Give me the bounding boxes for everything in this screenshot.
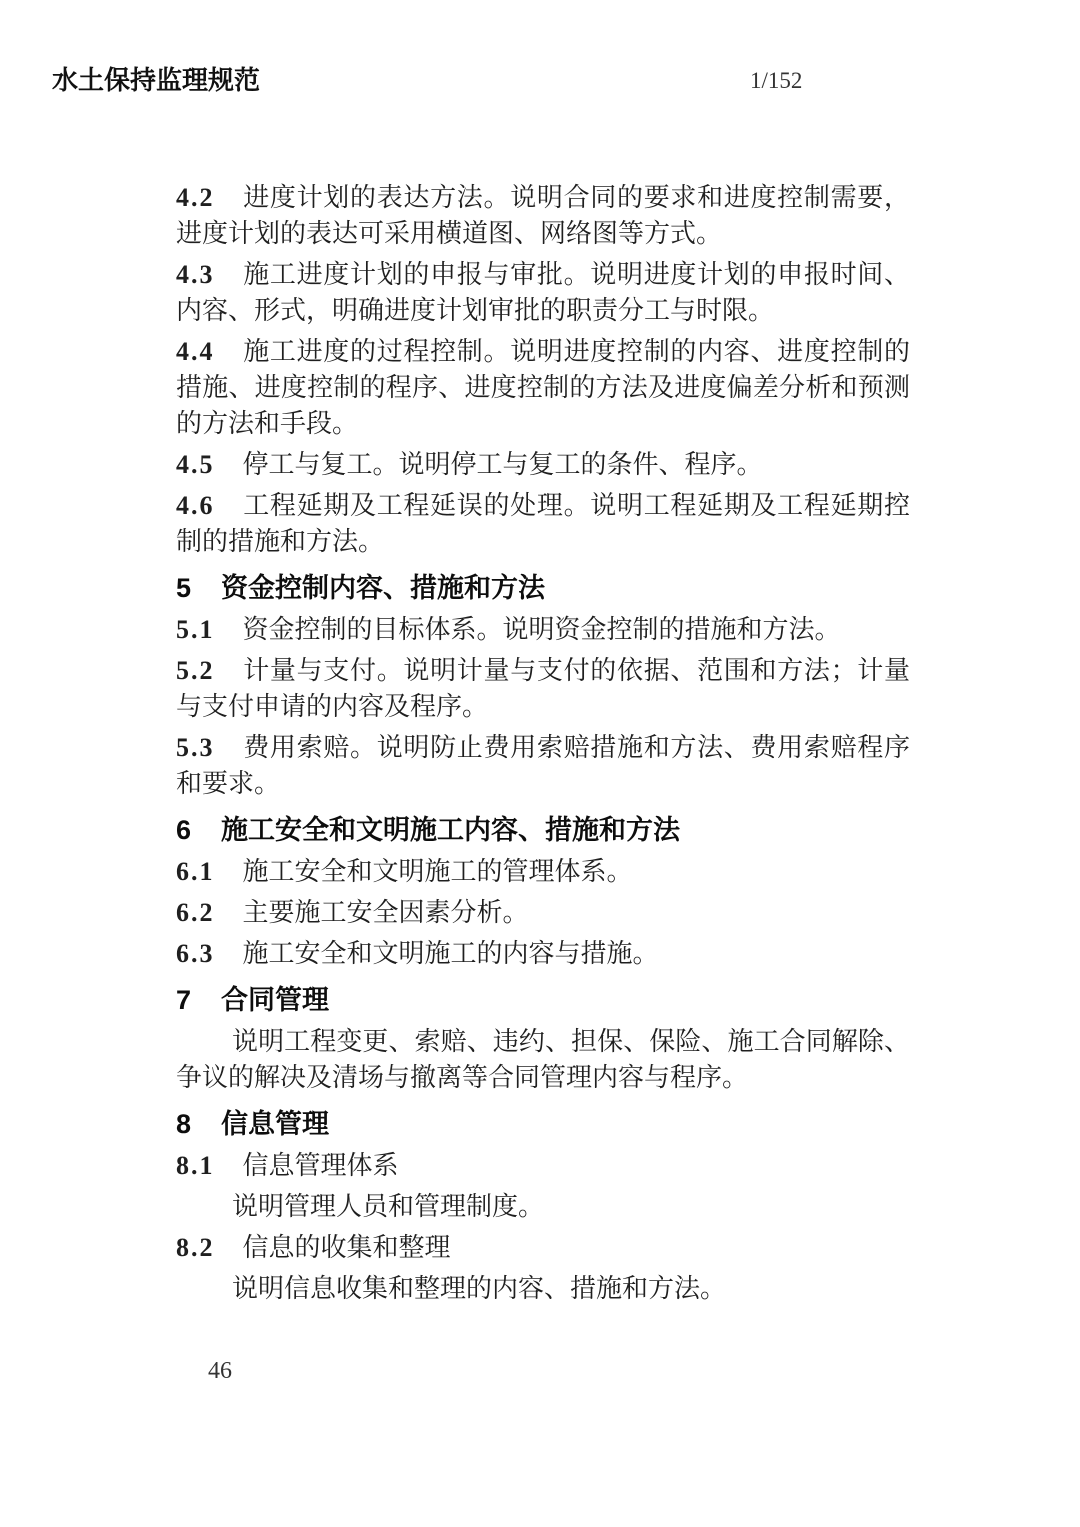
clause-number: 4.6 xyxy=(176,491,215,520)
document-title: 水土保持监理规范 xyxy=(52,60,260,97)
clause-text: 停工与复工。说明停工与复工的条件、程序。 xyxy=(243,450,763,479)
clause-number: 6.3 xyxy=(176,939,215,968)
clause-text: 施工进度计划的申报与审批。说明进度计划的申报时间、内容、形式，明确进度计划审批的… xyxy=(176,260,910,325)
heading-number: 7 xyxy=(176,985,191,1015)
clause-text: 施工安全和文明施工的内容与措施。 xyxy=(243,939,659,968)
clause-text: 计量与支付。说明计量与支付的依据、范围和方法；计量与支付申请的内容及程序。 xyxy=(176,656,910,721)
clause-text: 施工进度的过程控制。说明进度控制的内容、进度控制的措施、进度控制的程序、进度控制… xyxy=(176,337,910,438)
section-heading-6: 6施工安全和文明施工内容、措施和方法 xyxy=(176,812,910,848)
clause-number: 8.1 xyxy=(176,1151,215,1180)
clause-4-5: 4.5停工与复工。说明停工与复工的条件、程序。 xyxy=(176,447,910,483)
heading-number: 5 xyxy=(176,573,191,603)
document-body: 4.2进度计划的表达方法。说明合同的要求和进度控制需要，进度计划的表达可采用横道… xyxy=(176,180,910,1312)
heading-number: 8 xyxy=(176,1109,191,1139)
clause-5-1: 5.1资金控制的目标体系。说明资金控制的措施和方法。 xyxy=(176,612,910,648)
clause-6-2: 6.2主要施工安全因素分析。 xyxy=(176,895,910,931)
heading-text: 施工安全和文明施工内容、措施和方法 xyxy=(221,815,680,845)
clause-4-6: 4.6工程延期及工程延误的处理。说明工程延期及工程延期控制的措施和方法。 xyxy=(176,488,910,560)
section-heading-8: 8信息管理 xyxy=(176,1106,910,1142)
section-heading-5: 5资金控制内容、措施和方法 xyxy=(176,570,910,606)
clause-text: 进度计划的表达方法。说明合同的要求和进度控制需要，进度计划的表达可采用横道图、网… xyxy=(176,183,910,248)
clause-6-3: 6.3施工安全和文明施工的内容与措施。 xyxy=(176,936,910,972)
heading-number: 6 xyxy=(176,815,191,845)
clause-4-2: 4.2进度计划的表达方法。说明合同的要求和进度控制需要，进度计划的表达可采用横道… xyxy=(176,180,910,252)
clause-number: 6.2 xyxy=(176,898,215,927)
clause-text: 施工安全和文明施工的管理体系。 xyxy=(243,857,633,886)
paragraph-info-system: 说明管理人员和管理制度。 xyxy=(176,1189,910,1225)
clause-number: 8.2 xyxy=(176,1233,215,1262)
section-heading-7: 7合同管理 xyxy=(176,982,910,1018)
heading-text: 合同管理 xyxy=(221,985,329,1015)
clause-5-2: 5.2计量与支付。说明计量与支付的依据、范围和方法；计量与支付申请的内容及程序。 xyxy=(176,653,910,725)
clause-number: 4.2 xyxy=(176,183,215,212)
clause-text: 信息管理体系 xyxy=(243,1151,399,1180)
clause-4-3: 4.3施工进度计划的申报与审批。说明进度计划的申报时间、内容、形式，明确进度计划… xyxy=(176,257,910,329)
document-page: 水土保持监理规范 1/152 4.2进度计划的表达方法。说明合同的要求和进度控制… xyxy=(0,0,1080,1527)
clause-number: 5.2 xyxy=(176,656,215,685)
clause-text: 工程延期及工程延误的处理。说明工程延期及工程延期控制的措施和方法。 xyxy=(176,491,910,556)
clause-number: 5.3 xyxy=(176,733,215,762)
clause-number: 6.1 xyxy=(176,857,215,886)
clause-number: 4.4 xyxy=(176,337,215,366)
page-indicator: 1/152 xyxy=(750,68,802,94)
clause-number: 4.3 xyxy=(176,260,215,289)
paragraph-info-collection: 说明信息收集和整理的内容、措施和方法。 xyxy=(176,1271,910,1307)
clause-text: 主要施工安全因素分析。 xyxy=(243,898,529,927)
clause-text: 费用索赔。说明防止费用索赔措施和方法、费用索赔程序和要求。 xyxy=(176,733,910,798)
page-number: 46 xyxy=(208,1358,232,1385)
heading-text: 信息管理 xyxy=(221,1109,329,1139)
heading-text: 资金控制内容、措施和方法 xyxy=(221,573,545,603)
clause-number: 5.1 xyxy=(176,615,215,644)
clause-5-3: 5.3费用索赔。说明防止费用索赔措施和方法、费用索赔程序和要求。 xyxy=(176,730,910,802)
clause-4-4: 4.4施工进度的过程控制。说明进度控制的内容、进度控制的措施、进度控制的程序、进… xyxy=(176,334,910,442)
paragraph-contract-management: 说明工程变更、索赔、违约、担保、保险、施工合同解除、争议的解决及清场与撤离等合同… xyxy=(176,1024,910,1096)
clause-8-2: 8.2信息的收集和整理 xyxy=(176,1230,910,1266)
clause-text: 信息的收集和整理 xyxy=(243,1233,451,1262)
clause-number: 4.5 xyxy=(176,450,215,479)
clause-8-1: 8.1信息管理体系 xyxy=(176,1148,910,1184)
clause-text: 资金控制的目标体系。说明资金控制的措施和方法。 xyxy=(243,615,841,644)
clause-6-1: 6.1施工安全和文明施工的管理体系。 xyxy=(176,854,910,890)
